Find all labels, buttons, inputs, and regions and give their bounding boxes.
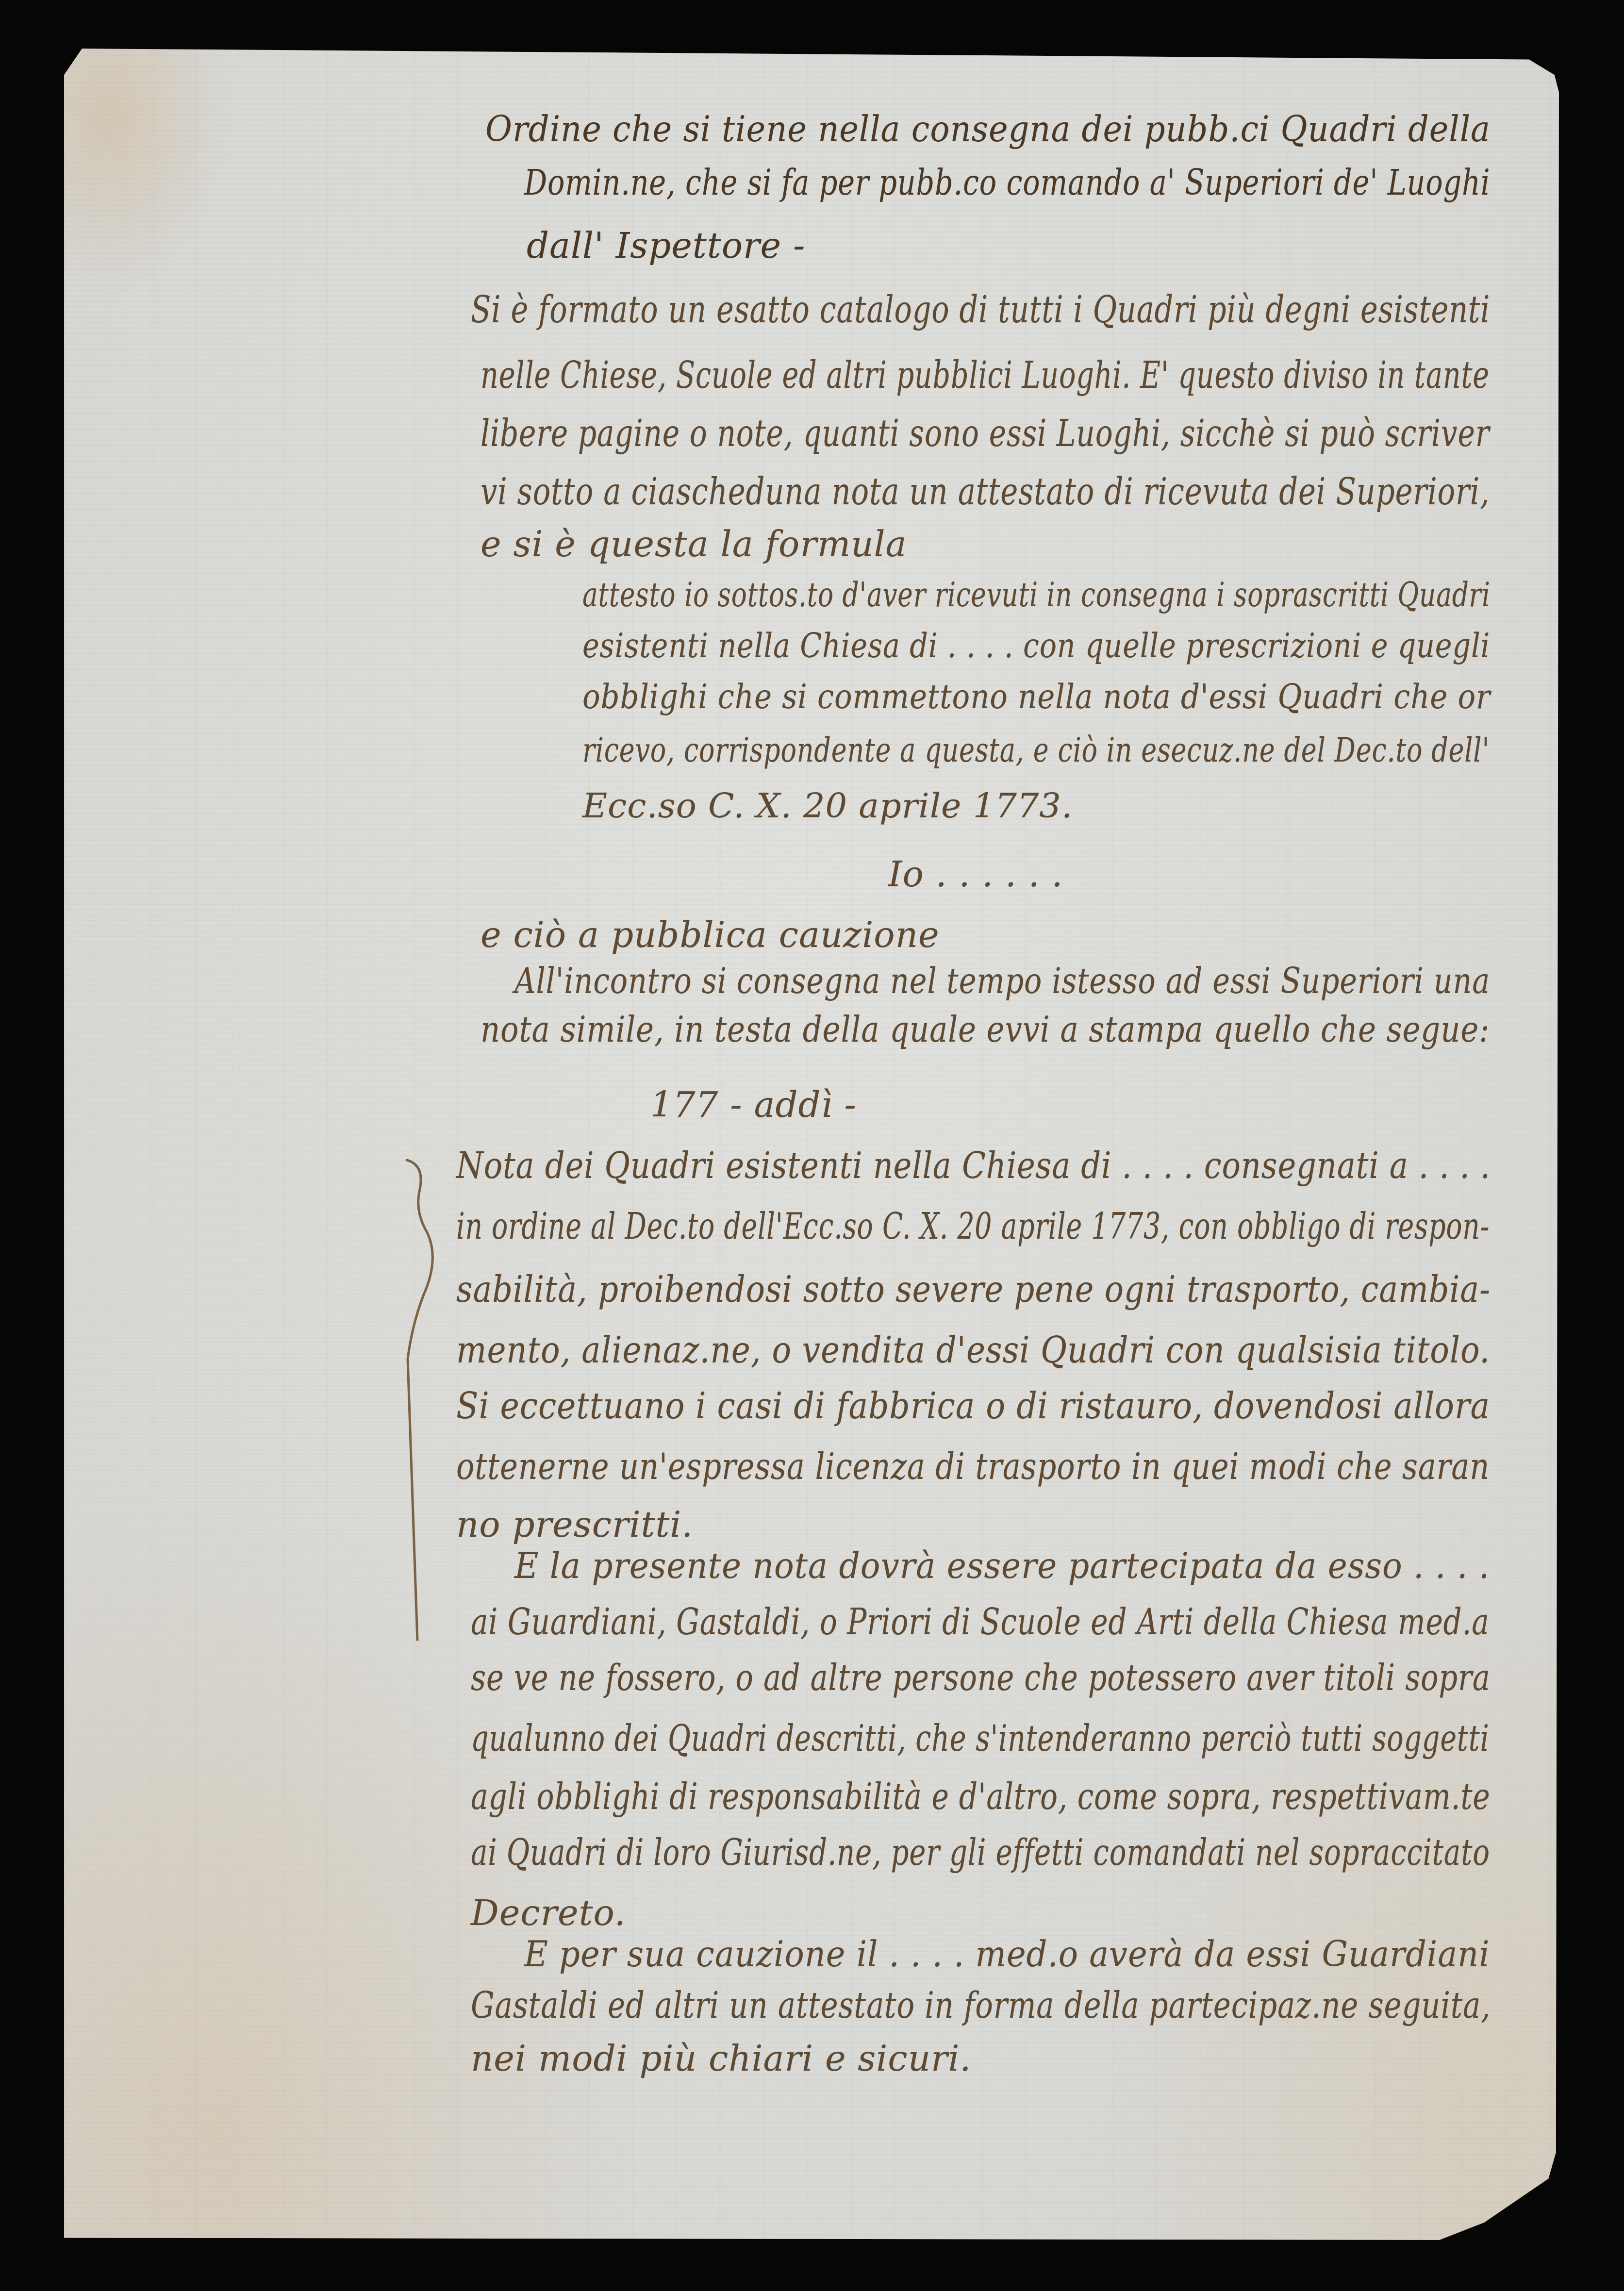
printed-note-line-6: ottenerne un'espressa licenza di traspor… <box>456 1449 1490 1485</box>
paragraph-4-line-2: Gastaldi ed altri un attestato in forma … <box>471 1988 1491 2024</box>
paragraph-3-line-2: ai Guardiani, Gastaldi, o Priori di Scuo… <box>471 1604 1490 1640</box>
formula-line-4: ricevo, corrispondente a questa, e ciò i… <box>582 733 1490 767</box>
paragraph-3-line-3: se ve ne fossero, o ad altre persone che… <box>471 1660 1491 1696</box>
paragraph-4-line-3: nei modi più chiari e sicuri. <box>471 2041 971 2076</box>
heading-line-3: dall' Ispettore - <box>527 228 805 263</box>
printed-note-line-4: mento, alienaz.ne, o vendita d'essi Quad… <box>456 1332 1490 1368</box>
paragraph-3-line-6: ai Quadri di loro Giurisd.ne, per gli ef… <box>471 1835 1490 1871</box>
paragraph-3-line-5: agli obblighi di responsabilità e d'altr… <box>471 1779 1491 1815</box>
formula-line-3: obblighi che si commettono nella nota d'… <box>582 680 1491 714</box>
formula-line-5: Ecc.so C. X. 20 aprile 1773. <box>582 789 1073 823</box>
printed-note-line-5: Si eccettuano i casi di fabbrica o di ri… <box>456 1388 1490 1424</box>
paragraph-2-line-3: nota simile, in testa della quale evvi a… <box>481 1012 1490 1047</box>
heading-line-2: Domin.ne, che si fa per pubb.co comando … <box>524 165 1490 200</box>
paragraph-3-line-4: qualunno dei Quadri descritti, che s'int… <box>471 1721 1489 1757</box>
printed-note-line-1: Nota dei Quadri esistenti nella Chiesa d… <box>456 1148 1491 1184</box>
formula-line-1: attesto io sottos.to d'aver ricevuti in … <box>582 578 1491 612</box>
paragraph-1-line-1: Si è formato un esatto catalogo di tutti… <box>471 291 1490 328</box>
paragraph-3-line-7: Decreto. <box>471 1895 626 1930</box>
margin-bracket-line <box>398 1155 437 1641</box>
paragraph-2-line-1: e ciò a pubblica cauzione <box>481 917 940 952</box>
heading-line-1: Ordine che si tiene nella consegna dei p… <box>485 112 1491 147</box>
paragraph-4-line-1: E per sua cauzione il . . . . med.o aver… <box>524 1937 1490 1972</box>
printed-note-line-2: in ordine al Dec.to dell'Ecc.so C. X. 20… <box>456 1209 1490 1245</box>
printed-note-line-3: sabilità, proibendosi sotto severe pene … <box>456 1272 1491 1308</box>
paragraph-1-line-3: libere pagine o note, quanti sono essi L… <box>481 415 1490 452</box>
formula-line-2: esistenti nella Chiesa di . . . . con qu… <box>582 629 1490 663</box>
signature-placeholder: Io . . . . . . <box>888 857 1063 892</box>
paragraph-2-line-2: All'incontro si consegna nel tempo istes… <box>514 963 1490 998</box>
paragraph-1-line-4: vi sotto a ciascheduna nota un attestato… <box>481 473 1490 510</box>
paragraph-1-line-5: e si è questa la formula <box>481 527 907 562</box>
paragraph-1-line-2: nelle Chiese, Scuole ed altri pubblici L… <box>481 357 1490 394</box>
date-line: 177 - addì - <box>650 1087 857 1122</box>
printed-note-line-7: no prescritti. <box>456 1507 693 1542</box>
paragraph-3-line-1: E la presente nota dovrà essere partecip… <box>514 1548 1490 1583</box>
